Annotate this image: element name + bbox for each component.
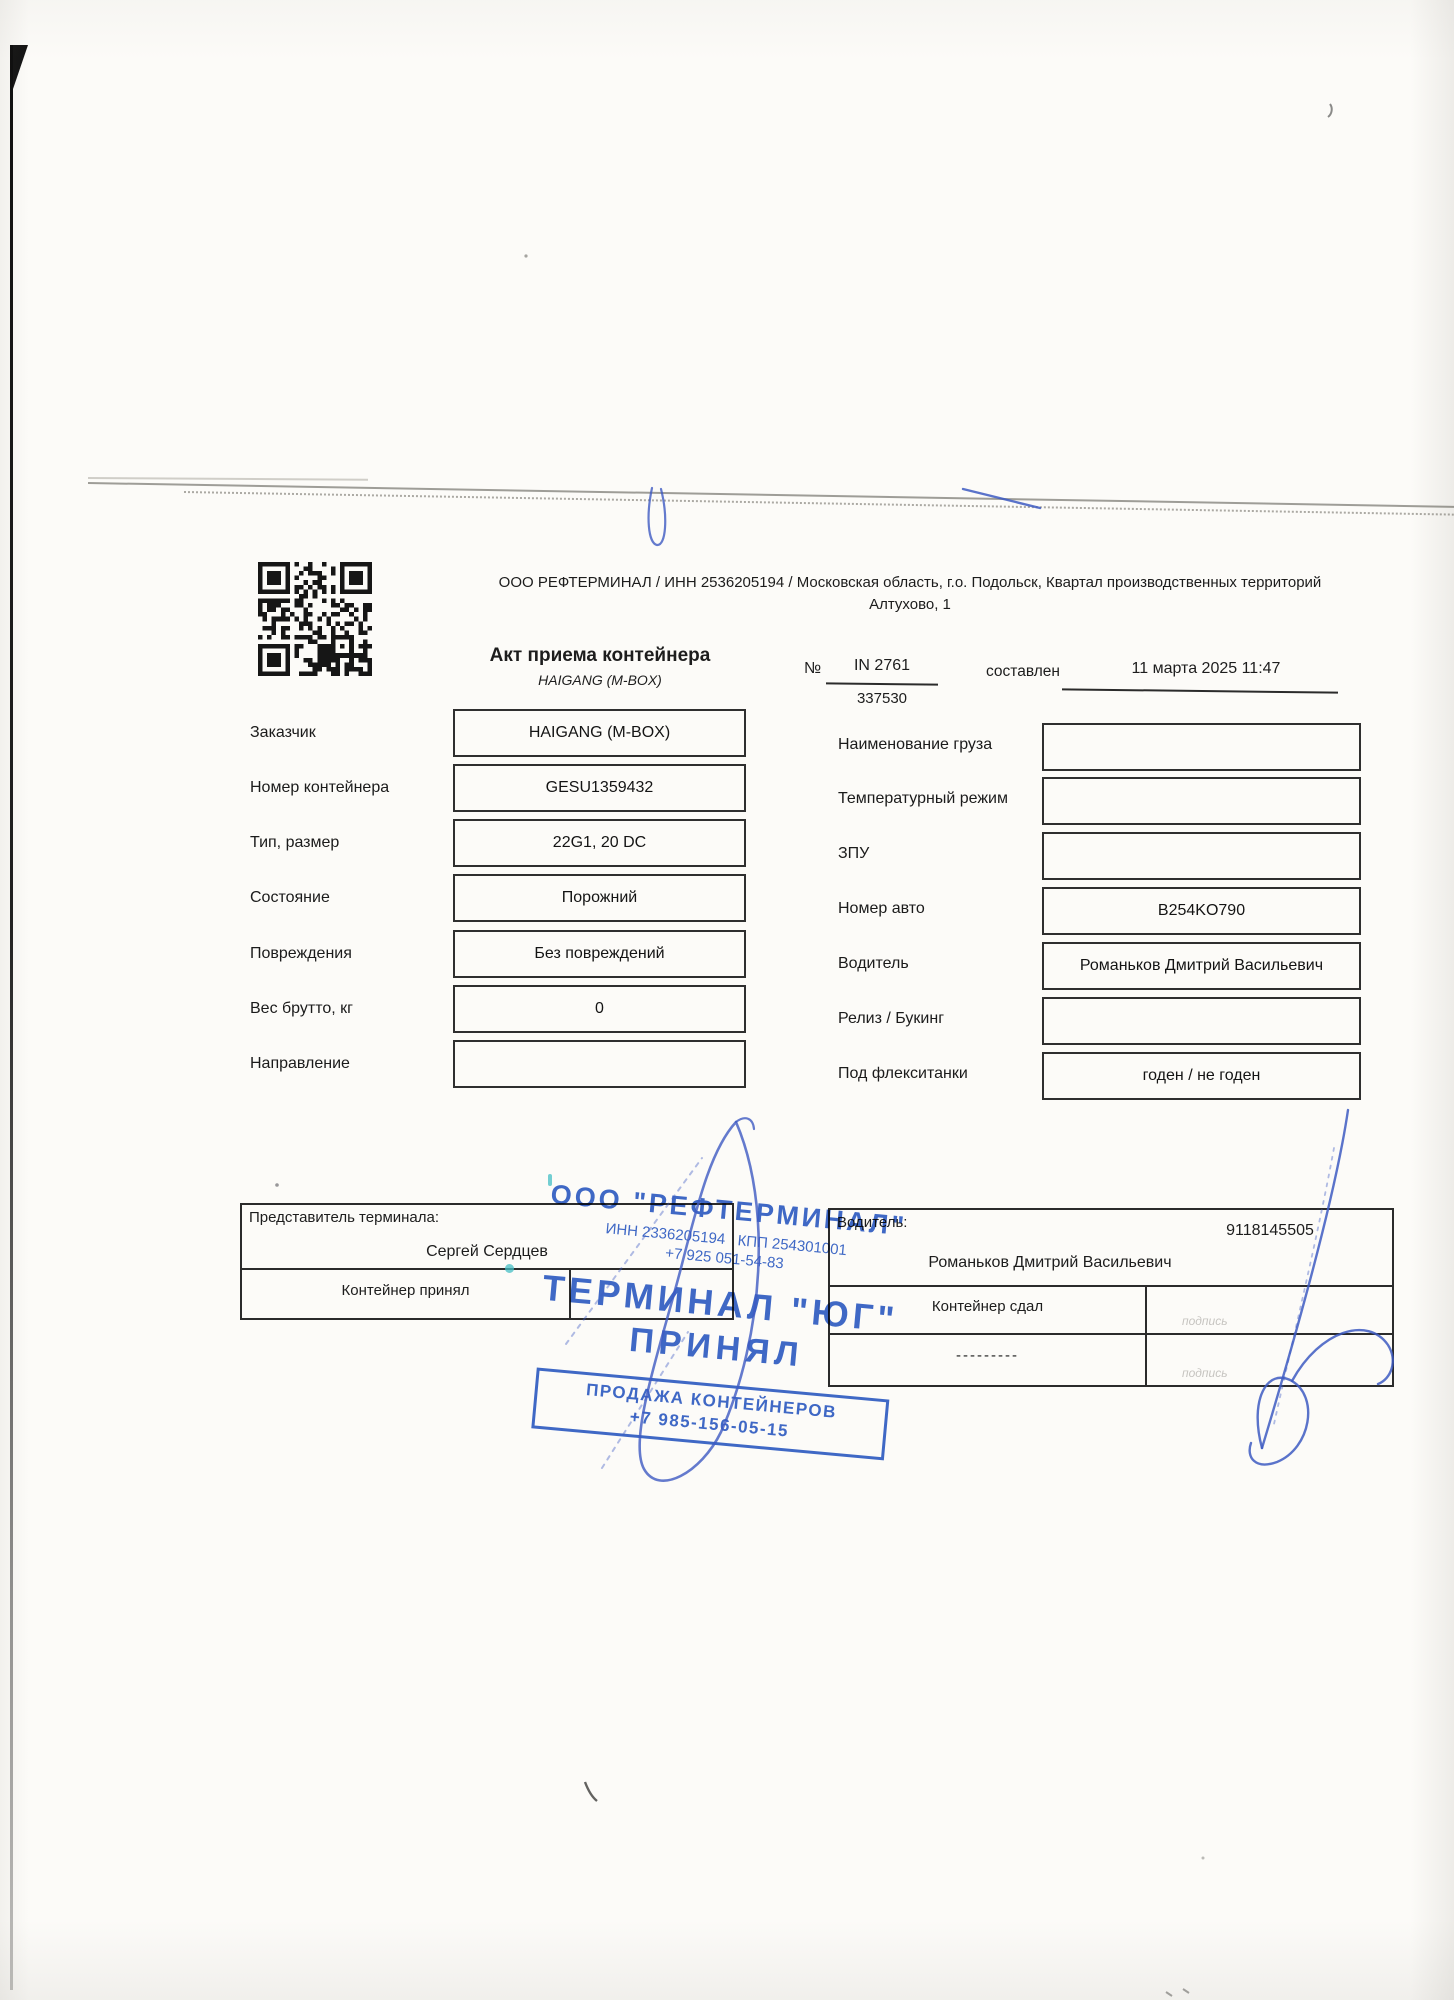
document-title: Акт приема контейнера xyxy=(487,645,713,667)
field-value-box: Романьков Дмитрий Васильевич xyxy=(1042,942,1361,990)
field-label: Релиз / Букинг xyxy=(838,1010,944,1028)
company-stamp: ООО "РЕФТЕРМИНАЛ" ИНН 2336205194 КПП 254… xyxy=(517,1178,920,1462)
field-value-box xyxy=(1042,997,1361,1045)
field-value-box: HAIGANG (M-BOX) xyxy=(453,709,746,757)
scan-corner-mark xyxy=(13,45,28,89)
field-value-box xyxy=(453,1040,746,1088)
table-divider xyxy=(1145,1285,1147,1385)
number-sign: № xyxy=(804,660,821,678)
stamp-sales-box: ПРОДАЖА КОНТЕЙНЕРОВ +7 985-156-05-15 xyxy=(531,1367,889,1460)
field-value-box xyxy=(1042,777,1361,825)
scan-specks xyxy=(275,104,1332,1996)
table-divider xyxy=(830,1333,1392,1335)
driver-id-number: 9118145505 xyxy=(1170,1222,1370,1240)
field-label: Под флекситанки xyxy=(838,1065,968,1083)
org-header-line1: ООО РЕФТЕРМИНАЛ / ИНН 2536205194 / Моско… xyxy=(455,572,1365,594)
date-underline xyxy=(1062,688,1338,693)
org-header: ООО РЕФТЕРМИНАЛ / ИНН 2536205194 / Моско… xyxy=(455,572,1365,616)
qr-code-icon xyxy=(258,562,372,676)
field-label: Водитель xyxy=(838,955,909,973)
field-label: Наименование груза xyxy=(838,736,992,754)
composed-label: составлен xyxy=(986,663,1060,681)
field-value-box xyxy=(1042,832,1361,880)
field-label: ЗПУ xyxy=(838,845,869,863)
field-value-box: Порожний xyxy=(453,874,746,922)
field-label: Состояние xyxy=(250,889,330,907)
field-label: Направление xyxy=(250,1055,350,1073)
field-value-box: B254KO790 xyxy=(1042,887,1361,935)
container-accepted-label: Контейнер принял xyxy=(242,1282,569,1299)
field-label: Тип, размер xyxy=(250,834,339,852)
field-value-box: 0 xyxy=(453,985,746,1033)
field-label: Вес брутто, кг xyxy=(250,1000,353,1018)
composed-date: 11 марта 2025 11:47 xyxy=(1075,660,1337,678)
document-subtitle: HAIGANG (M-BOX) xyxy=(487,672,713,688)
field-label: Температурный режим xyxy=(838,790,1008,808)
field-label: Заказчик xyxy=(250,724,316,742)
table-divider xyxy=(830,1285,1392,1287)
org-header-line2: Алтухово, 1 xyxy=(455,594,1365,616)
field-label: Номер контейнера xyxy=(250,779,389,797)
field-value-box: Без повреждений xyxy=(453,930,746,978)
terminal-table-header: Представитель терминала: xyxy=(249,1209,439,1226)
fold-crease-minor xyxy=(88,477,368,481)
scanned-document: ООО РЕФТЕРМИНАЛ / ИНН 2536205194 / Моско… xyxy=(0,0,1454,2000)
field-label: Повреждения xyxy=(250,945,352,963)
number-underline xyxy=(826,682,938,685)
signature-watermark: подпись xyxy=(1182,1366,1228,1380)
field-value-box: 22G1, 20 DC xyxy=(453,819,746,867)
field-value-box xyxy=(1042,723,1361,771)
field-value-box: годен / не годен xyxy=(1042,1052,1361,1100)
document-number: IN 2761 xyxy=(826,657,938,675)
document-number-sub: 337530 xyxy=(826,690,938,707)
stamp-ink-speck xyxy=(505,1264,514,1273)
field-label: Номер авто xyxy=(838,900,925,918)
signature-watermark: подпись xyxy=(1182,1314,1228,1328)
field-value-box: GESU1359432 xyxy=(453,764,746,812)
scan-edge-line xyxy=(10,45,13,1990)
